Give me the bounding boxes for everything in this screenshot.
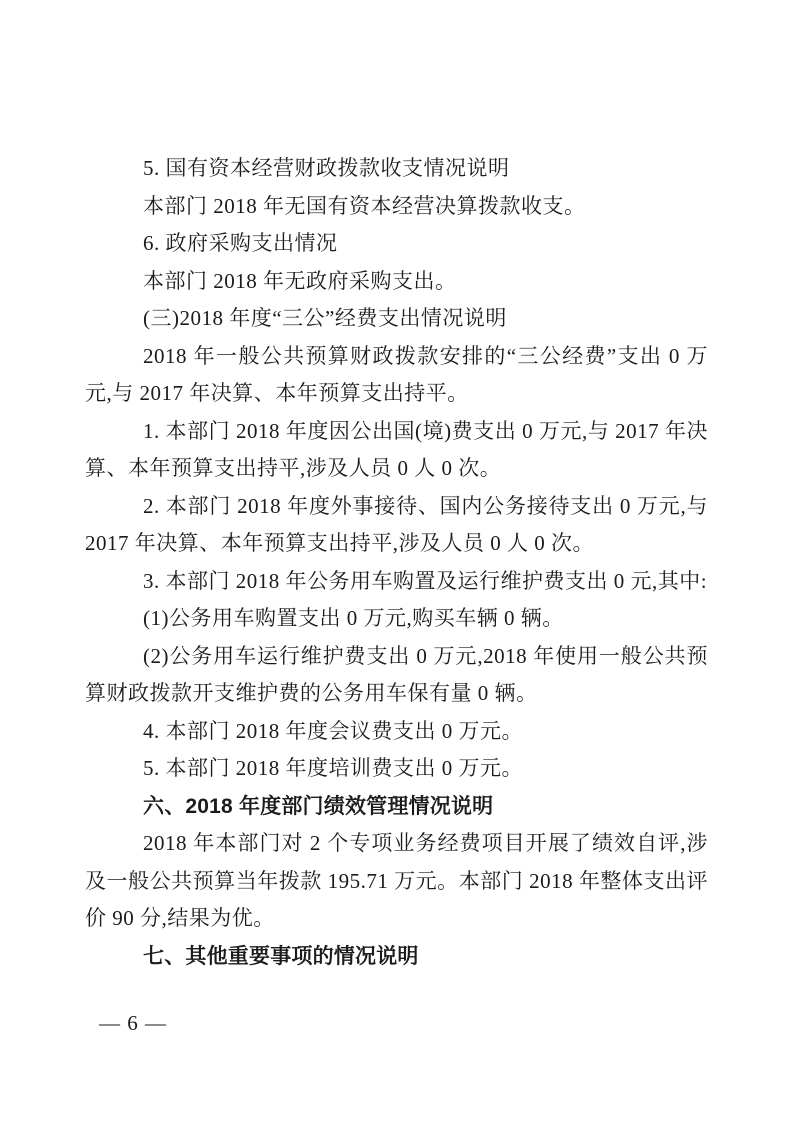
para-three-public-expenses-total: 2018 年一般公共预算财政拨款安排的“三公经费”支出 0 万元,与 2017 …: [85, 338, 708, 413]
para-performance-self-evaluation: 2018 年本部门对 2 个专项业务经费项目开展了绩效自评,涉及一般公共预算当年…: [85, 825, 708, 938]
para-overseas-trip-expenses: 1. 本部门 2018 年度因公出国(境)费支出 0 万元,与 2017 年决算…: [85, 413, 708, 488]
para-official-vehicle-expenses: 3. 本部门 2018 年公务用车购置及运行维护费支出 0 元,其中:: [85, 563, 708, 601]
list-item-5-soe-capital-funding: 5. 国有资本经营财政拨款收支情况说明: [85, 150, 708, 188]
para-meeting-expenses: 4. 本部门 2018 年度会议费支出 0 万元。: [85, 713, 708, 751]
para-official-reception-expenses: 2. 本部门 2018 年度外事接待、国内公务接待支出 0 万元,与 2017 …: [85, 488, 708, 563]
subsection-3-three-public-expenses: (三)2018 年度“三公”经费支出情况说明: [85, 300, 708, 338]
para-vehicle-maintenance: (2)公务用车运行维护费支出 0 万元,2018 年使用一般公共预算财政拨款开支…: [85, 638, 708, 713]
para-vehicle-purchase: (1)公务用车购置支出 0 万元,购买车辆 0 辆。: [85, 600, 708, 638]
para-training-expenses: 5. 本部门 2018 年度培训费支出 0 万元。: [85, 750, 708, 788]
list-item-6-gov-procurement: 6. 政府采购支出情况: [85, 225, 708, 263]
heading-7-other-important-matters: 七、其他重要事项的情况说明: [85, 938, 708, 976]
heading-6-performance-management: 六、2018 年度部门绩效管理情况说明: [85, 788, 708, 826]
para-no-gov-procurement: 本部门 2018 年无政府采购支出。: [85, 263, 708, 301]
document-body: 5. 国有资本经营财政拨款收支情况说明 本部门 2018 年无国有资本经营决算拨…: [85, 150, 708, 975]
page-number: — 6 —: [99, 1008, 167, 1038]
para-no-soe-capital-funding: 本部门 2018 年无国有资本经营决算拨款收支。: [85, 188, 708, 226]
